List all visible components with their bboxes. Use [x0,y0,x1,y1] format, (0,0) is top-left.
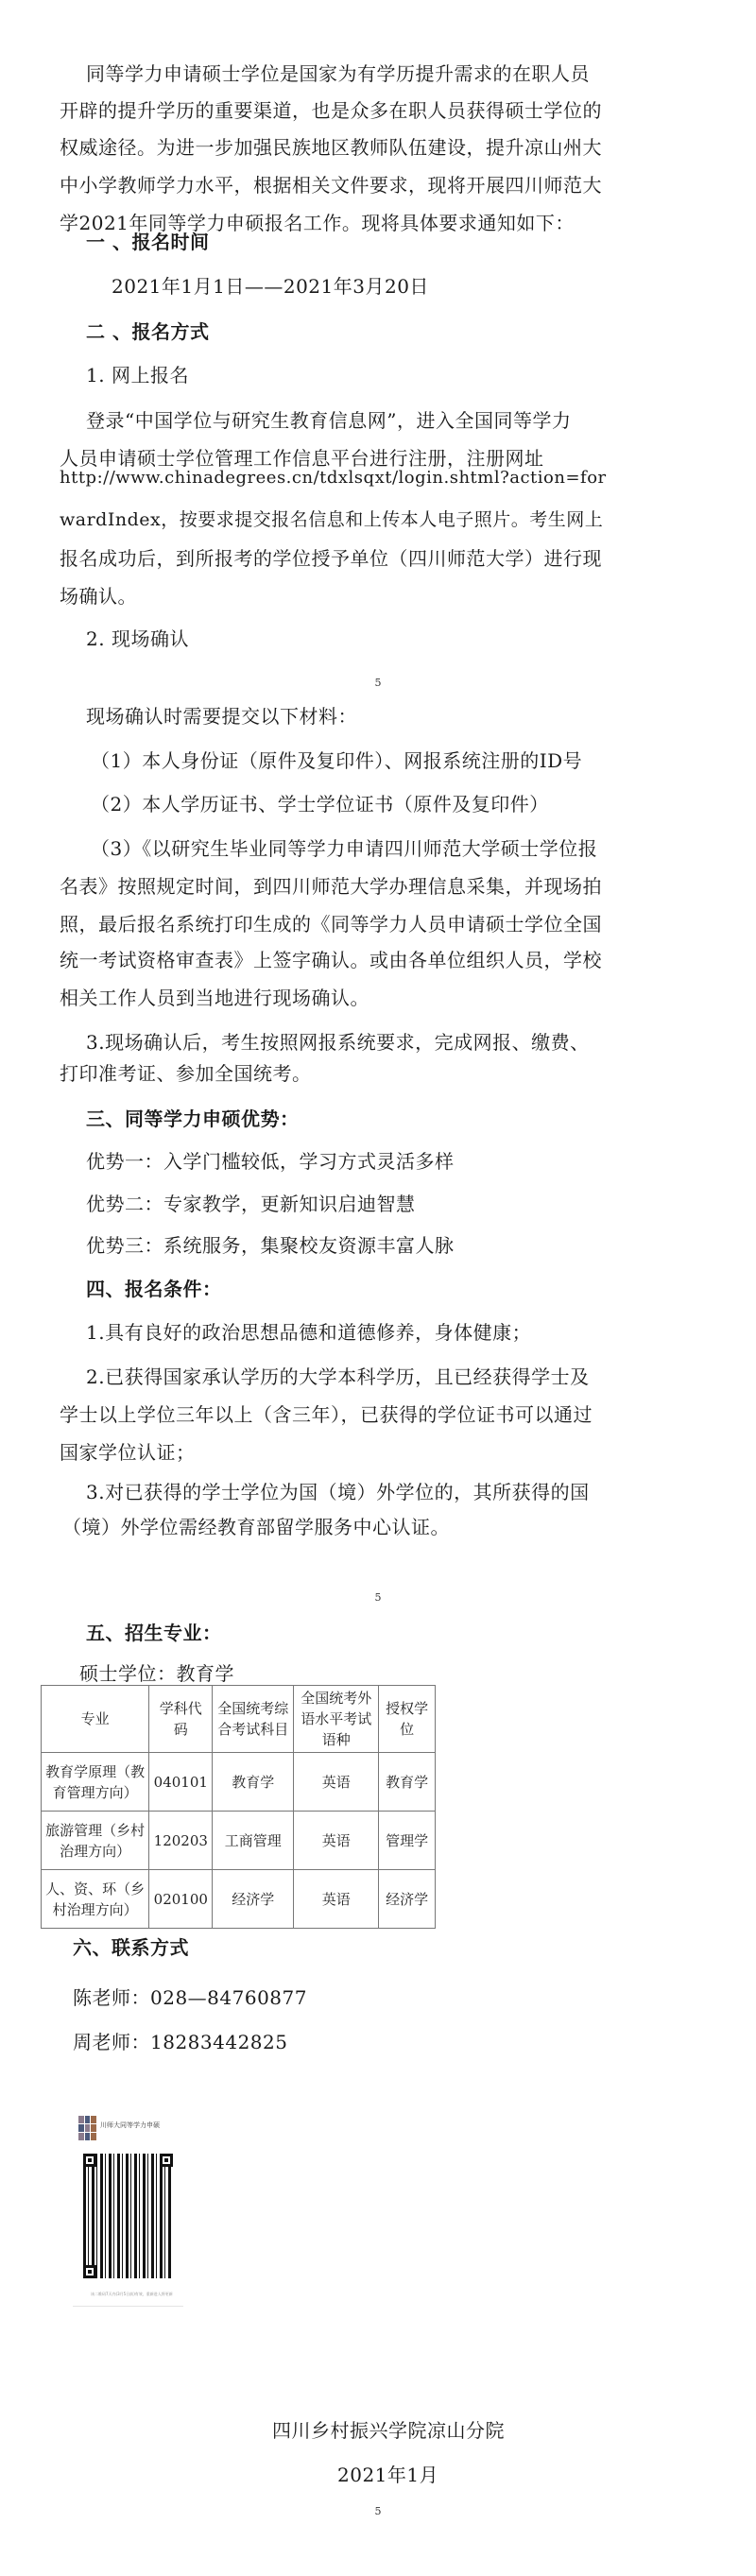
table-cell-code: 120203 [149,1812,213,1870]
online-registration-title: 1. 网上报名 [86,360,189,387]
table-row: 人、资、环（乡村治理方向） 020100 经济学 英语 经济学 [42,1870,436,1929]
table-cell-degree: 教育学 [379,1753,436,1812]
table-cell-code: 040101 [149,1753,213,1812]
qr-caption: 该二维码7天内(3月5日前)有效，重新进入将更新 [91,2292,173,2297]
material-item: 相关工作人员到当地进行现场确认。 [60,983,369,1010]
table-header-row: 专业 学科代码 全国统考综合考试科目 全国统考外语水平考试语种 授权学位 [42,1686,436,1753]
intro-line: 权威途径。为进一步加强民族地区教师队伍建设，提升凉山州大 [60,132,602,160]
table-cell-major: 旅游管理（乡村治理方向） [42,1812,149,1870]
table-cell-code: 020100 [149,1870,213,1929]
advantage-item: 优势一：入学门槛较低，学习方式灵活多样 [86,1146,455,1174]
account-avatar [78,2116,96,2140]
majors-table: 专业 学科代码 全国统考综合考试科目 全国统考外语水平考试语种 授权学位 教育学… [41,1685,436,1929]
table-cell-language: 英语 [294,1870,379,1929]
intro-line: 中小学教师学力水平，根据相关文件要求，现将开展四川师范大 [60,170,602,197]
intro-line: 同等学力申请硕士学位是国家为有学历提升需求的在职人员 [86,59,590,86]
online-registration-text: 场确认。 [60,581,137,609]
materials-intro: 现场确认时需要提交以下材料： [86,701,357,729]
page-number: 5 [0,2505,756,2517]
intro-line: 开辟的提升学历的重要渠道，也是众多在职人员获得硕士学位的 [60,95,602,123]
section-heading-advantages: 三、同等学力申硕优势： [86,1104,300,1131]
section-heading-conditions: 四、报名条件： [86,1274,222,1301]
material-item: 名表》按照规定时间，到四川师范大学办理信息采集，并现场拍 [60,871,602,899]
condition-item: 2.已获得国家承认学历的大学本科学历，且已经获得学士及 [86,1362,590,1389]
table-header: 专业 [42,1686,149,1753]
online-registration-text: wardIndex，按要求提交报名信息和上传本人电子照片。考生网上 [60,506,603,531]
table-row: 教育学原理（教育管理方向） 040101 教育学 英语 教育学 [42,1753,436,1812]
material-item: （3）《以研究生毕业同等学力申请四川师范大学硕士学位报 [91,833,597,861]
table-header: 授权学位 [379,1686,436,1753]
table-cell-language: 英语 [294,1812,379,1870]
condition-item: 国家学位认证； [60,1437,196,1465]
table-cell-degree: 经济学 [379,1870,436,1929]
advantage-item: 优势二：专家教学，更新知识启迪智慧 [86,1189,416,1216]
contact-zhou: 周老师：18283442825 [73,2027,287,2054]
condition-item: 1.具有良好的政治思想品德和道德修养，身体健康； [86,1317,531,1345]
online-registration-text: 人员申请硕士学位管理工作信息平台进行注册，注册网址 [60,443,544,471]
signature-date: 2021年1月 [337,2460,438,2487]
section-heading-contact: 六、联系方式 [73,1932,189,1960]
section-heading-registration-time: 一 、报名时间 [86,227,209,254]
material-item: 照，最后报名系统打印生成的《同等学力人员申请硕士学位全国 [60,909,602,936]
table-cell-exam-subject: 教育学 [213,1753,294,1812]
page-number: 5 [0,677,756,689]
registration-url[interactable]: http://www.chinadegrees.cn/tdxlsqxt/logi… [60,468,607,488]
onsite-confirmation-title: 2. 现场确认 [86,624,189,651]
table-cell-major: 人、资、环（乡村治理方向） [42,1870,149,1929]
qr-card: 川师大同等学力申硕 该二维码7天内(3月5日前)有效，重新进入将更新 [73,2106,183,2311]
table-cell-degree: 管理学 [379,1812,436,1870]
table-row: 旅游管理（乡村治理方向） 120203 工商管理 英语 管理学 [42,1812,436,1870]
signature-org: 四川乡村振兴学院凉山分院 [272,2415,505,2443]
section-heading-majors: 五、招生专业： [86,1618,222,1645]
registration-dates: 2021年1月1日——2021年3月20日 [112,271,429,299]
advantage-item: 优势三：系统服务，集聚校友资源丰富人脉 [86,1230,455,1258]
post-confirmation-step: 3.现场确认后，考生按照网报系统要求，完成网报、缴费、 [86,1027,590,1055]
online-registration-text: 报名成功后，到所报考的学位授予单位（四川师范大学）进行现 [60,543,602,571]
contact-chen: 陈老师：028—84760877 [73,1983,307,2010]
table-header: 全国统考综合考试科目 [213,1686,294,1753]
material-item: （1）本人身份证（原件及复印件）、网报系统注册的ID号 [91,746,582,773]
material-item: （2）本人学历证书、学士学位证书（原件及复印件） [91,789,549,816]
condition-item: 3.对已获得的学士学位为国（境）外学位的，其所获得的国 [86,1477,590,1504]
qr-code-icon[interactable] [83,2154,173,2278]
table-cell-major: 教育学原理（教育管理方向） [42,1753,149,1812]
post-confirmation-step: 打印准考证、参加全国统考。 [60,1058,312,1086]
table-header: 学科代码 [149,1686,213,1753]
table-cell-language: 英语 [294,1753,379,1812]
section-heading-registration-method: 二 、报名方式 [86,317,209,344]
condition-item: （境）外学位需经教育部留学服务中心认证。 [62,1512,450,1539]
table-cell-exam-subject: 经济学 [213,1870,294,1929]
divider [73,2306,183,2307]
condition-item: 学士以上学位三年以上（含三年），已获得的学位证书可以通过 [60,1400,593,1427]
table-cell-exam-subject: 工商管理 [213,1812,294,1870]
account-name: 川师大同等学力申硕 [100,2121,160,2130]
table-header: 全国统考外语水平考试语种 [294,1686,379,1753]
degree-label: 硕士学位：教育学 [79,1658,234,1686]
online-registration-text: 登录“中国学位与研究生教育信息网”，进入全国同等学力 [86,405,571,433]
material-item: 统一考试资格审查表》上签字确认。或由各单位组织人员，学校 [60,945,602,972]
page-number: 5 [0,1591,756,1604]
